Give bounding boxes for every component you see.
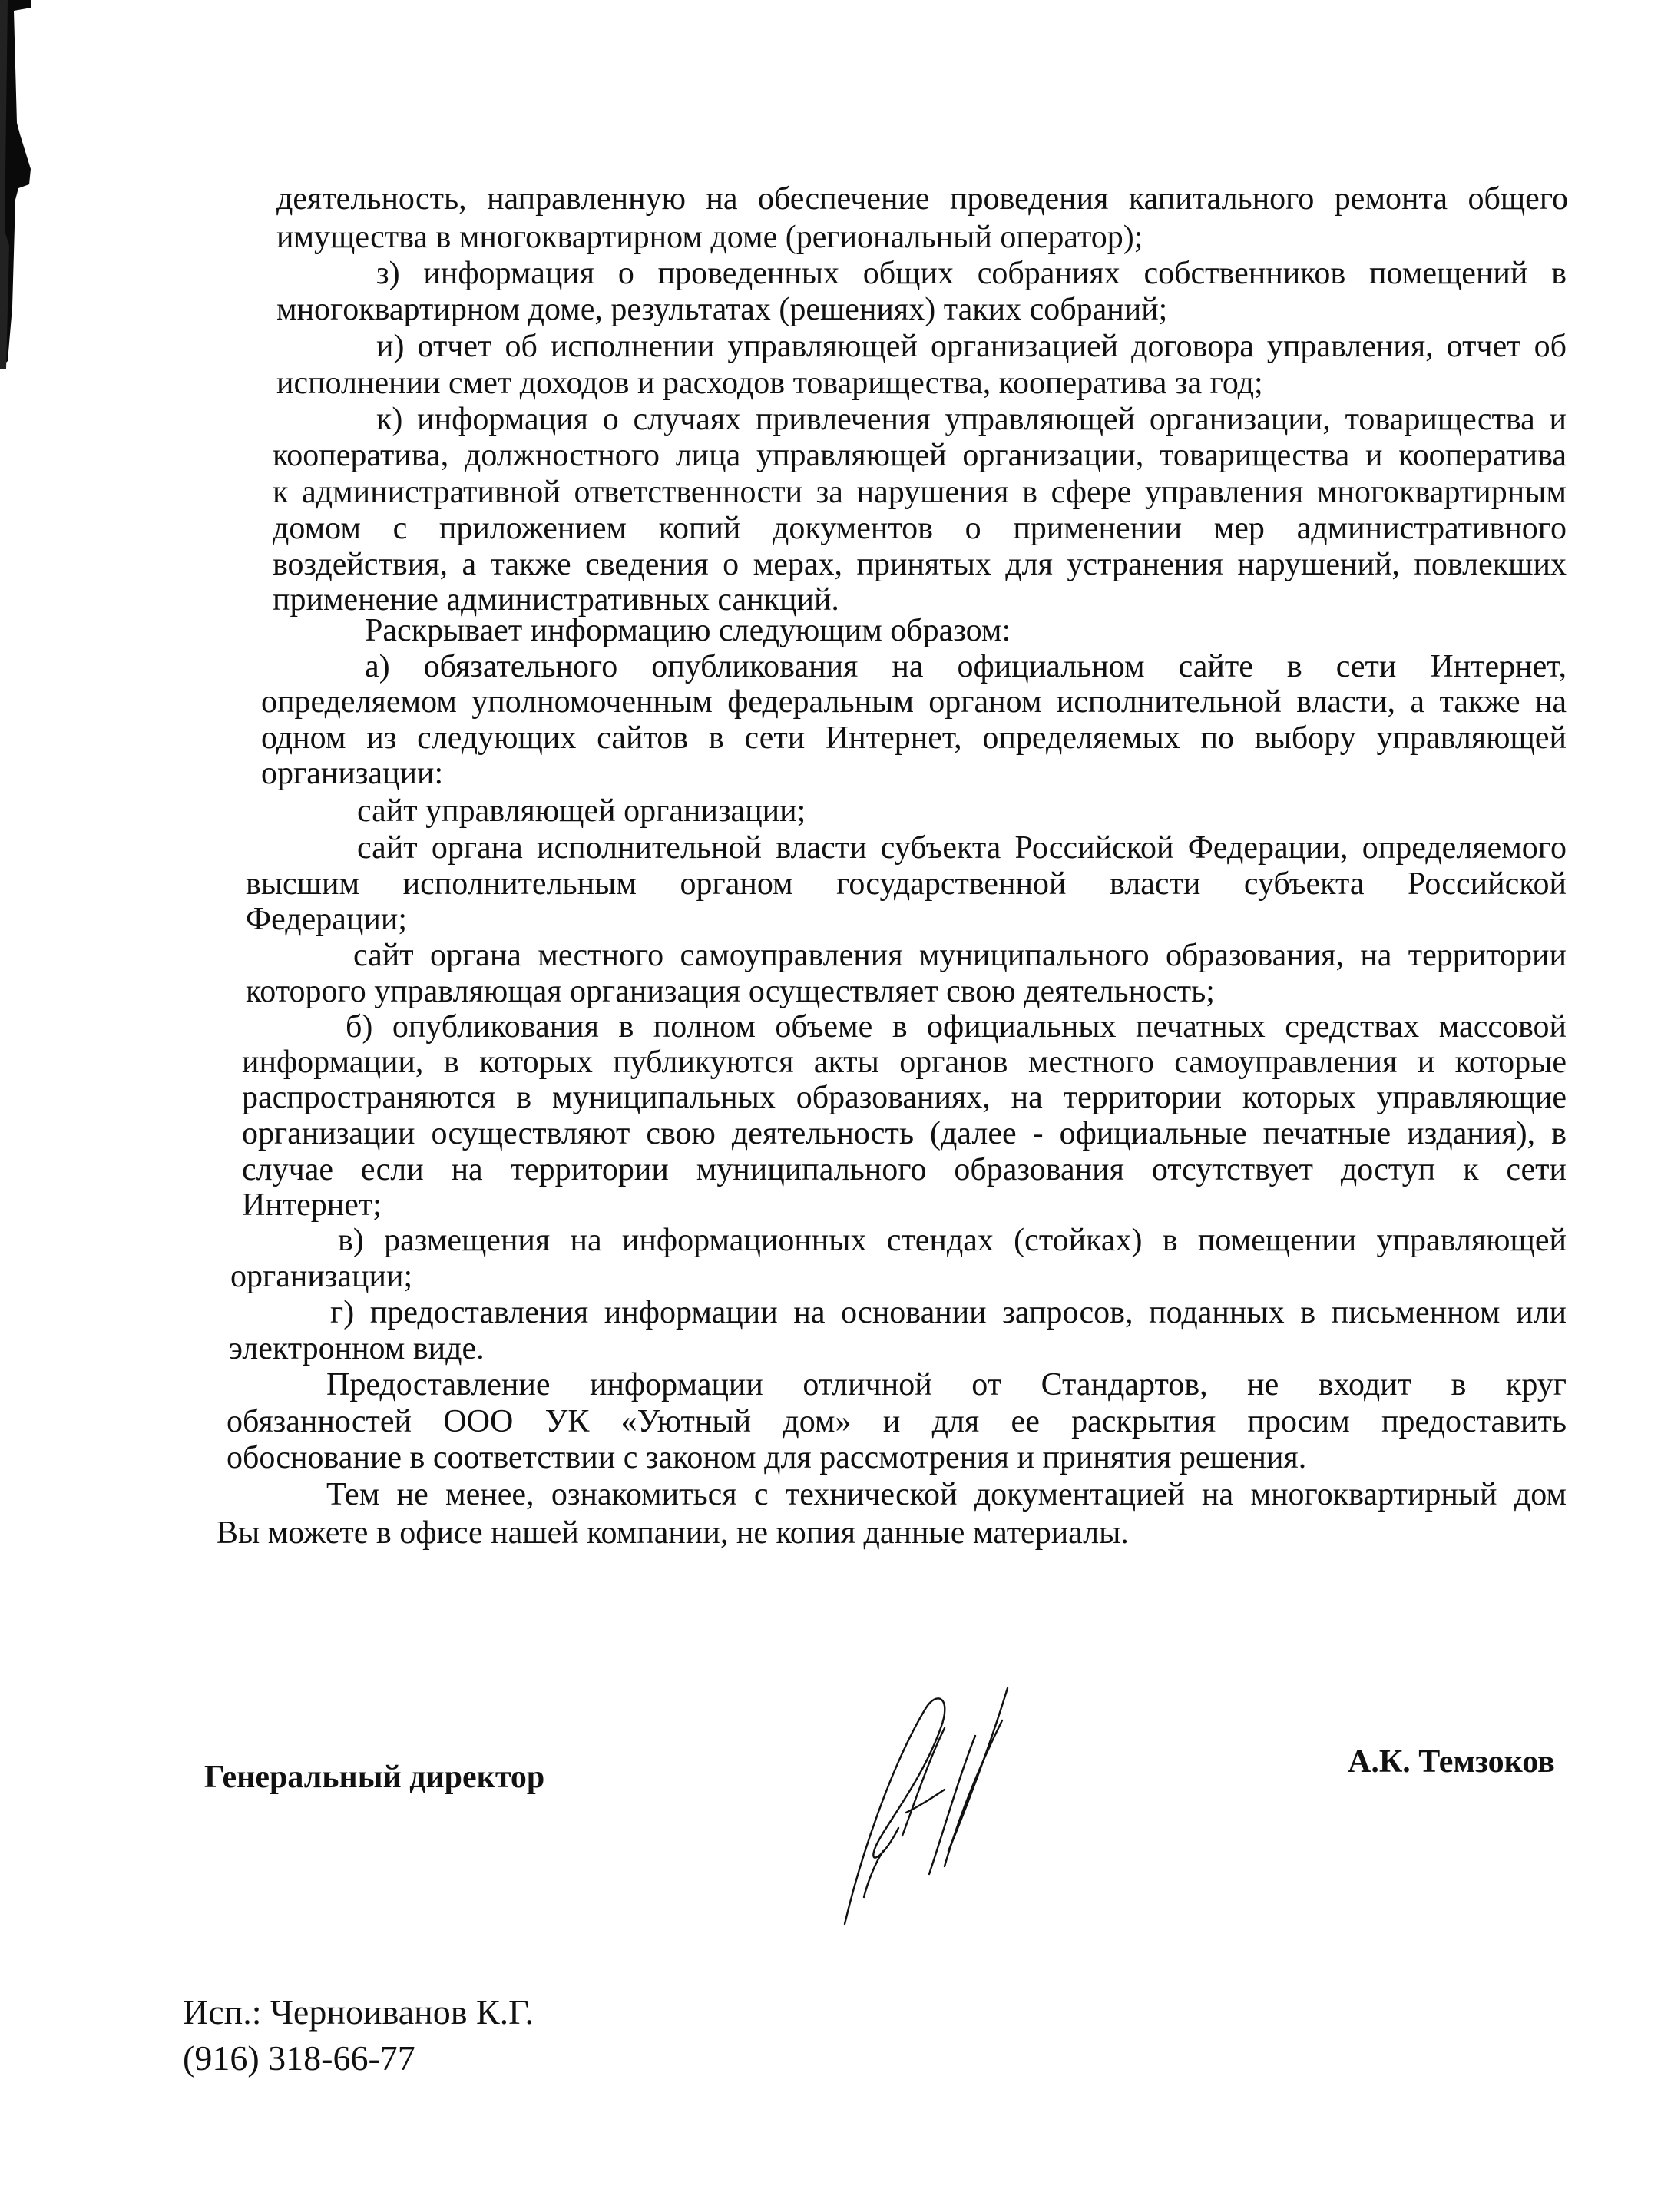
body-text-line: кооператива, должностного лица управляющ… [273, 439, 1567, 472]
body-text-line: сайт управляющей организации; [357, 795, 806, 827]
body-text-line: сайт органа исполнительной власти субъек… [357, 832, 1567, 864]
body-text-line: Тем не менее, ознакомиться с технической… [326, 1479, 1567, 1511]
body-text-line: з) информация о проведенных общих собран… [376, 257, 1567, 290]
signature-icon [791, 1674, 1190, 1928]
body-text-line: к административной ответственности за на… [273, 476, 1567, 508]
body-text-line: случае если на территории муниципального… [242, 1154, 1567, 1186]
body-text-line: к) информация о случаях привлечения упра… [376, 403, 1567, 435]
letter-page: деятельность, направленную на обеспечени… [0, 0, 1661, 2212]
body-text-line: а) обязательного опубликования на официа… [365, 651, 1567, 683]
body-text-line: домом с приложением копий документов о п… [273, 512, 1567, 545]
body-text-line: исполнении смет доходов и расходов товар… [276, 367, 1263, 399]
body-text-line: Предоставление информации отличной от Ст… [326, 1369, 1567, 1401]
body-text-line: организации: [261, 757, 443, 790]
body-text-line: г) предоставления информации на основани… [330, 1296, 1567, 1329]
body-text-line: распространяются в муниципальных образов… [242, 1081, 1567, 1114]
executor-name: Исп.: Черноиванов К.Г. [183, 1989, 534, 2035]
scan-edge-shadow [0, 0, 31, 1075]
body-text-line: обоснование в соответствии с законом для… [227, 1442, 1306, 1474]
body-text-line: электронном виде. [229, 1333, 485, 1365]
body-text-line: имущества в многоквартирном доме (регион… [276, 221, 1143, 253]
body-text-line: организации; [230, 1260, 412, 1293]
body-text-line: которого управляющая организация осущест… [246, 975, 1215, 1008]
body-text-line: воздействия, а также сведения о мерах, п… [273, 548, 1567, 581]
body-text-line: Федерации; [246, 903, 407, 935]
body-text-line: определяемом уполномоченным федеральным … [261, 686, 1567, 718]
executor-phone: (916) 318-66-77 [183, 2035, 534, 2081]
body-text-line: многоквартирном доме, результатах (решен… [276, 293, 1167, 326]
body-text-line: деятельность, направленную на обеспечени… [276, 183, 1568, 215]
body-text-line: организации осуществляют свою деятельнос… [242, 1118, 1567, 1150]
body-text-line: Вы можете в офисе нашей компании, не коп… [217, 1517, 1129, 1549]
body-text-line: высшим исполнительным органом государств… [246, 868, 1567, 900]
body-text-line: одном из следующих сайтов в сети Интерне… [261, 722, 1567, 754]
body-text-line: информации, в которых публикуются акты о… [242, 1046, 1567, 1078]
body-text-line: применение административных санкций. [273, 584, 839, 616]
body-text-line: Интернет; [242, 1189, 382, 1221]
body-text-line: обязанностей ООО УК «Уютный дом» и для е… [227, 1406, 1567, 1438]
body-text-line: Раскрывает информацию следующим образом: [365, 614, 1011, 647]
signatory-name: А.К. Темзоков [1348, 1743, 1555, 1780]
footer-contact: Исп.: Черноиванов К.Г. (916) 318-66-77 [183, 1989, 534, 2081]
signatory-position: Генеральный директор [204, 1759, 544, 1796]
body-text-line: в) размещения на информационных стендах … [338, 1224, 1567, 1257]
body-text-line: и) отчет об исполнении управляющей орган… [376, 330, 1567, 363]
body-text-line: б) опубликования в полном объеме в офици… [346, 1011, 1567, 1043]
body-text-line: сайт органа местного самоуправления муни… [353, 939, 1567, 972]
